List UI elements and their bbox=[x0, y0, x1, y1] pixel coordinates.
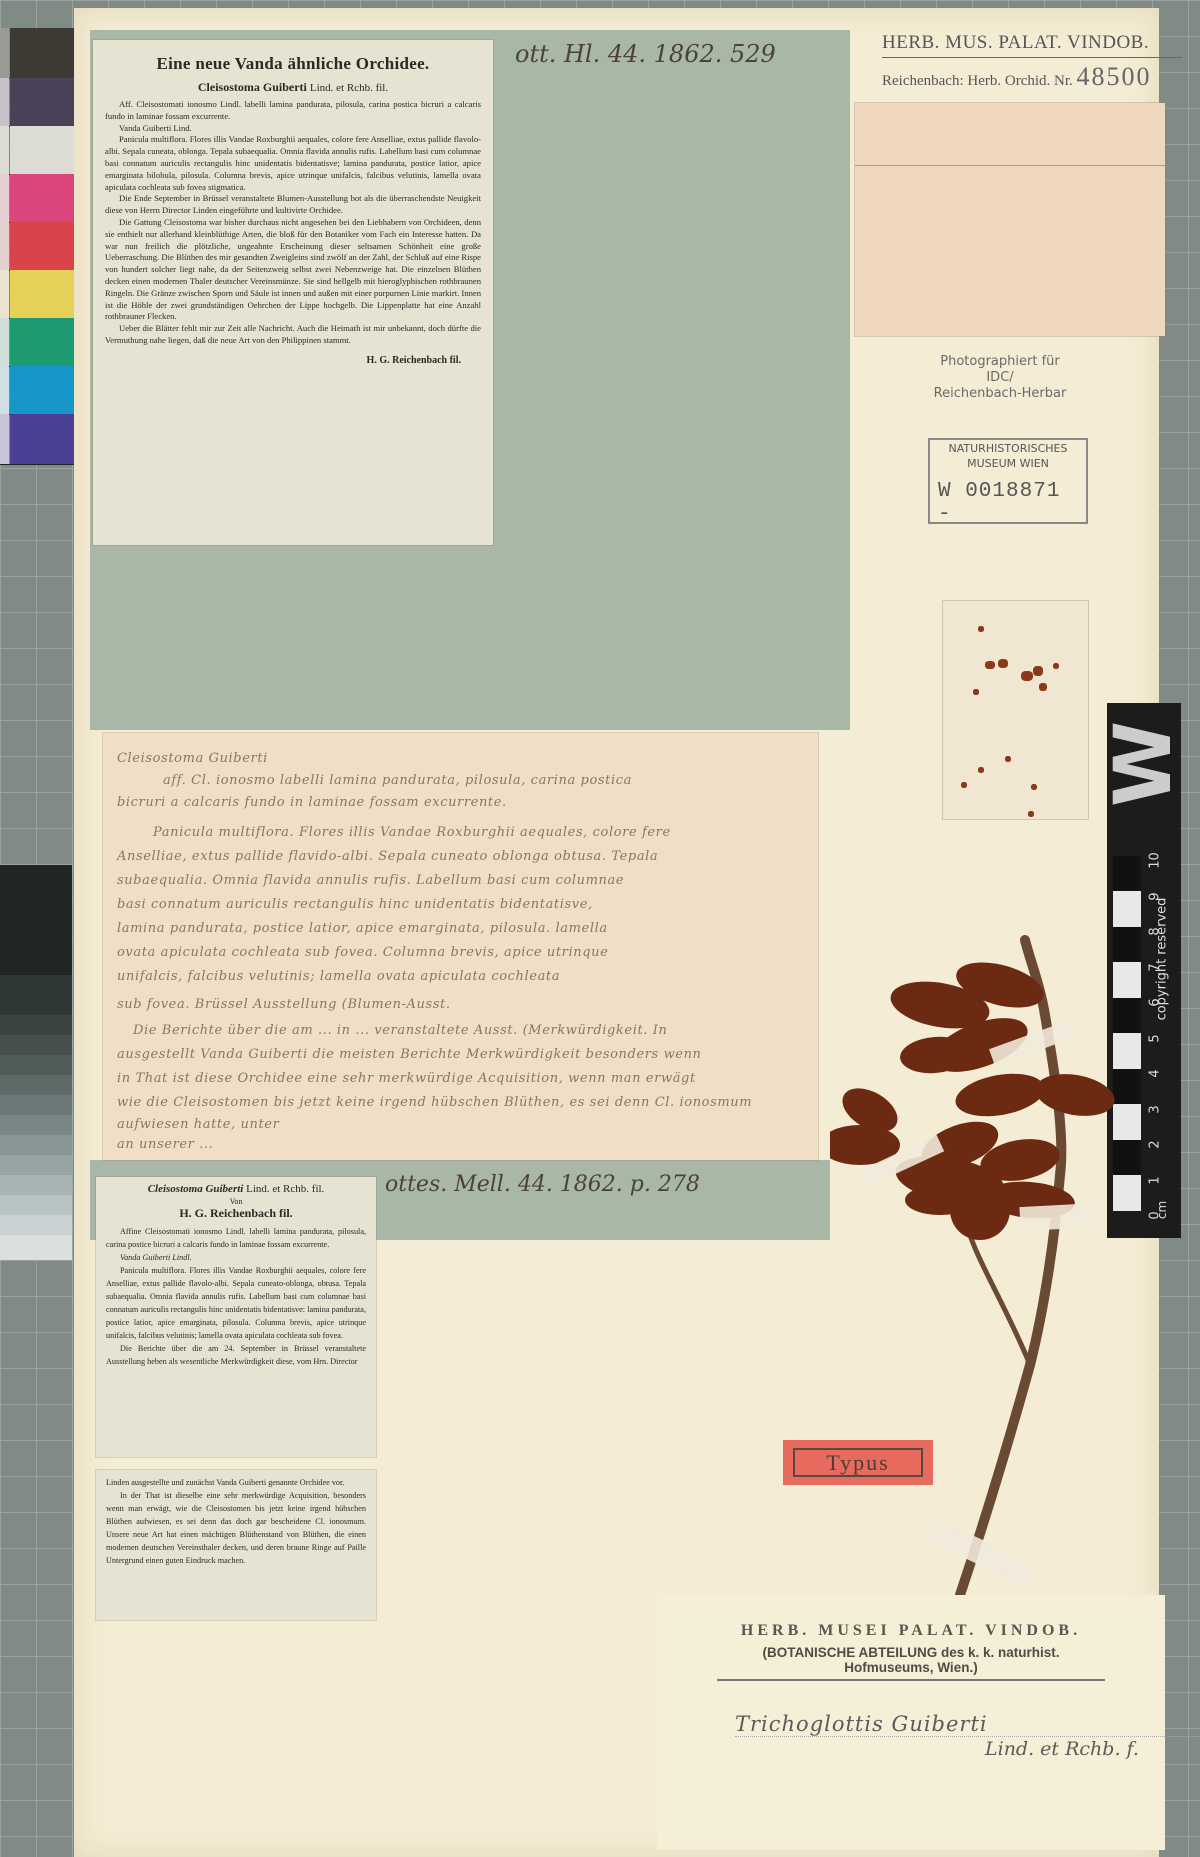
newspaper-clipping-3: Linden ausgestellte und zunächst Vanda G… bbox=[96, 1470, 376, 1620]
letter-line: lamina pandurata, postice latior, apice … bbox=[117, 921, 608, 936]
clipping-1-para: Aff. Cleisostomati ionosmo Lindl. labell… bbox=[105, 99, 481, 123]
clipping-1-signature: H. G. Reichenbach fil. bbox=[105, 355, 481, 366]
specimen-id: W 0018871 - bbox=[930, 480, 1086, 526]
clipping-2-body: Affine Cleisostomati ionosmo Lindl. labe… bbox=[106, 1225, 366, 1368]
color-patch-dark-violet bbox=[0, 78, 75, 127]
header-stamp-line2: Reichenbach: Herb. Orchid. Nr. 48500 bbox=[882, 62, 1182, 92]
photo-stamp-line1: Photographiert für IDC/ bbox=[925, 354, 1075, 386]
handwritten-letter: Cleisostoma Guiberti aff. Cl. ionosmo la… bbox=[103, 733, 818, 1160]
herbarium-header-stamp: HERB. MUS. PALAT. VINDOB. Reichenbach: H… bbox=[882, 32, 1182, 92]
tick-label: 1 bbox=[1148, 1171, 1163, 1191]
letter-line: in That ist diese Orchidee eine sehr mer… bbox=[117, 1071, 696, 1086]
clipping-2-para: Affine Cleisostomati ionosmo Lindl. labe… bbox=[106, 1225, 366, 1251]
handwritten-citation-top: ott. Hl. 44. 1862. 529 bbox=[515, 40, 776, 68]
tick-label: 3 bbox=[1148, 1100, 1163, 1120]
clipping-1-para: Ueber die Blätter fehlt mir zur Zeit all… bbox=[105, 323, 481, 347]
tick-label: 4 bbox=[1148, 1064, 1163, 1084]
color-patch-dark-brown bbox=[0, 28, 75, 79]
clipping-1-para: Die Gattung Cleisostoma war bisher durch… bbox=[105, 217, 481, 323]
museum-stamp-line1: NATURHISTORISCHES bbox=[930, 443, 1086, 455]
clipping-1-para: Vanda Guiberti Lind. bbox=[105, 123, 481, 135]
letter-line: Anselliae, extus pallide flavido-albi. S… bbox=[117, 849, 658, 864]
color-patch-white bbox=[0, 126, 75, 175]
seed-packet bbox=[943, 601, 1088, 819]
herbarium-determination-label: HERB. MUSEI PALAT. VINDOB. (BOTANISCHE A… bbox=[657, 1595, 1165, 1850]
newspaper-clipping-1: Eine neue Vanda ähnliche Orchidee. Cleis… bbox=[93, 40, 493, 545]
letter-line: ovata apiculata cochleata sub fovea. Col… bbox=[117, 945, 608, 960]
grey-scale-strip bbox=[0, 865, 72, 1260]
scale-bar-copyright: copyright reserved bbox=[1151, 866, 1173, 1051]
tick-label: 2 bbox=[1148, 1135, 1163, 1155]
clipping-2-author: H. G. Reichenbach fil. bbox=[106, 1206, 366, 1221]
specimen-envelope bbox=[855, 103, 1165, 336]
copyright-text: copyright reserved bbox=[1155, 897, 1170, 1020]
typus-label: Typus bbox=[783, 1440, 933, 1485]
clipping-1-para: Die Ende September in Brüssel veranstalt… bbox=[105, 193, 481, 217]
header-stamp-prefix: Reichenbach: Herb. Orchid. Nr. bbox=[882, 73, 1073, 89]
letter-line: unifalcis, falcibus velutinis; lamella o… bbox=[117, 969, 560, 984]
clipping-2-para: Panicula multiflora. Flores illis Vandae… bbox=[106, 1264, 366, 1342]
color-patch-yellow bbox=[0, 270, 75, 319]
clipping-3-body: Linden ausgestellte und zunächst Vanda G… bbox=[106, 1476, 366, 1567]
clipping-1-para: Panicula multiflora. Flores illis Vandae… bbox=[105, 134, 481, 193]
label-heading: HERB. MUSEI PALAT. VINDOB. bbox=[657, 1622, 1165, 1640]
museum-barcode-stamp: NATURHISTORISCHES MUSEUM WIEN W 0018871 … bbox=[928, 438, 1088, 524]
letter-line: Panicula multiflora. Flores illis Vandae… bbox=[153, 825, 671, 840]
letter-line: wie die Cleisostomen bis jetzt keine irg… bbox=[117, 1095, 752, 1110]
color-patch-red bbox=[0, 222, 75, 271]
taxon-authority-handwritten: Lind. et Rchb. f. bbox=[985, 1738, 1139, 1760]
envelope-fold bbox=[855, 165, 1165, 166]
letter-line: ausgestellt Vanda Guiberti die meisten B… bbox=[117, 1047, 702, 1062]
clipping-1-species: Cleisostoma Guiberti Lind. et Rchb. fil. bbox=[105, 80, 481, 95]
scale-bar-logo: W bbox=[1094, 739, 1194, 807]
clipping-1-title: Eine neue Vanda ähnliche Orchidee. bbox=[105, 54, 481, 74]
clipping-3-para: Linden ausgestellte und zunächst Vanda G… bbox=[106, 1476, 366, 1489]
species-name: Cleisostoma Guiberti bbox=[198, 80, 307, 94]
handwritten-citation-middle: ottes. Mell. 44. 1862. p. 278 bbox=[385, 1172, 700, 1197]
herbarium-number: 48500 bbox=[1077, 62, 1152, 91]
letter-line: bicruri a calcaris fundo in laminae foss… bbox=[117, 795, 507, 810]
species-authority: Lind. et Rchb. fil. bbox=[246, 1183, 324, 1195]
letter-line: sub fovea. Brüssel Ausstellung (Blumen-A… bbox=[117, 997, 451, 1012]
color-patch-magenta bbox=[0, 174, 75, 223]
letter-line: an unserer ... bbox=[117, 1137, 213, 1152]
taxon-name-handwritten: Trichoglottis Guiberti bbox=[735, 1712, 1200, 1737]
letter-line: Cleisostoma Guiberti bbox=[117, 751, 268, 766]
color-patch-green bbox=[0, 318, 75, 367]
letter-line: basi connatum auriculis rectangulis hinc… bbox=[117, 897, 593, 912]
museum-stamp-line2: MUSEUM WIEN bbox=[930, 458, 1086, 470]
typus-text: Typus bbox=[793, 1448, 923, 1477]
clipping-1-body: Aff. Cleisostomati ionosmo Lindl. labell… bbox=[105, 99, 481, 347]
label-subheading: (BOTANISCHE ABTEILUNG des k. k. naturhis… bbox=[717, 1645, 1105, 1681]
photo-stamp-line2: Reichenbach-Herbar bbox=[925, 386, 1075, 402]
photo-stamp: Photographiert für IDC/ Reichenbach-Herb… bbox=[925, 354, 1075, 402]
letter-line: subaequalia. Omnia flavida annulis rufis… bbox=[117, 873, 624, 888]
pressed-orchid-specimen bbox=[830, 935, 1120, 1600]
newspaper-clipping-2: Cleisostoma Guiberti Lind. et Rchb. fil.… bbox=[96, 1177, 376, 1457]
species-authority: Lind. et Rchb. fil. bbox=[310, 82, 388, 94]
clipping-2-von: Von bbox=[106, 1197, 366, 1206]
clipping-2-para: Vanda Guiberti Lindl. bbox=[106, 1251, 366, 1264]
letter-line: Die Berichte über die am ... in ... vera… bbox=[133, 1023, 667, 1038]
color-patch-cyan bbox=[0, 366, 75, 415]
species-name: Cleisostoma Guiberti bbox=[148, 1183, 244, 1195]
letter-line: aufwiesen hatte, unter bbox=[117, 1117, 279, 1132]
clipping-2-species: Cleisostoma Guiberti Lind. et Rchb. fil. bbox=[106, 1183, 366, 1195]
letter-line: aff. Cl. ionosmo labelli lamina pandurat… bbox=[163, 773, 632, 788]
scale-bar-unit: cm bbox=[1155, 1199, 1169, 1221]
clipping-2-para: Die Berichte über die am 24. September i… bbox=[106, 1342, 366, 1368]
header-stamp-line1: HERB. MUS. PALAT. VINDOB. bbox=[882, 32, 1182, 58]
color-patch-blue-violet bbox=[0, 414, 75, 465]
clipping-3-para: In der That ist dieselbe eine sehr merkw… bbox=[106, 1489, 366, 1567]
